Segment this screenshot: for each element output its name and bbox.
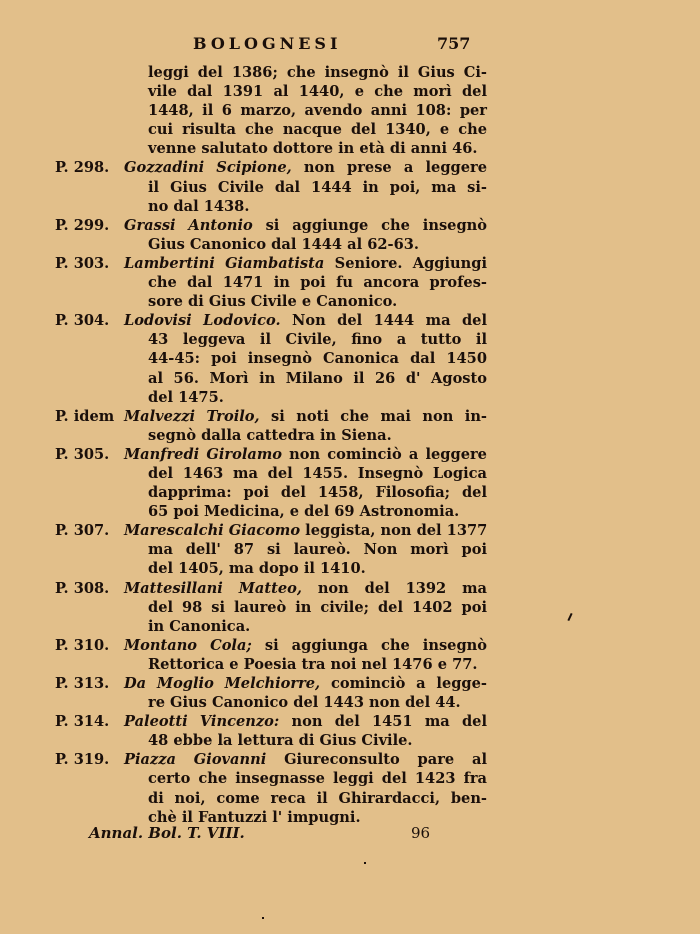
entry-name: Mattesillani Matteo, [124,580,302,597]
entry-first-line: Piazza Giovanni Giureconsulto pare al [124,750,487,769]
text-line: del 1463 ma del 1455. Insegnò Logica [148,464,487,483]
page-footer: Annal. Bol. T. VIII. 96 [0,824,700,846]
entry-first-text: Seniore. Aggiungi [335,255,487,272]
text-line: Gius Canonico dal 1444 al 62-63. [148,235,487,254]
entry-first-text: cominciò a legge- [331,675,487,692]
entry-page-ref: P. 299. [55,216,109,235]
entry-name: Manfredi Girolamo [124,446,282,463]
bibliographic-entry: P. 303.Lambertini Giambatista Seniore. A… [55,254,487,311]
entry-first-text: non cominciò a leggere [289,446,487,463]
bibliographic-entry: P. 314.Paleotti Vincenzo: non del 1451 m… [55,712,487,750]
entry-first-line: Manfredi Girolamo non cominciò a leggere [124,445,487,464]
entry-page-ref: P. 305. [55,445,109,464]
entry-first-text: non prese a leggere [304,159,487,176]
entry-page-ref: P. idem [55,407,114,426]
text-line: 1448, il 6 marzo, avendo anni 108: per [148,101,487,120]
entry-page-ref: P. 307. [55,521,109,540]
entry-name: Piazza Giovanni [124,751,266,768]
entry-page-ref: P. 310. [55,636,109,655]
entry-name: Lambertini Giambatista [124,255,324,272]
entry-name: Grassi Antonio [124,217,253,234]
continuation-paragraph: leggi del 1386; che insegnò il Gius Ci- … [55,63,487,158]
running-title: BOLOGNESI [193,34,341,53]
entry-first-text: si noti che mai non in- [271,408,487,425]
bibliographic-entry: P. 313.Da Moglio Melchiorre, cominciò a … [55,674,487,712]
entry-first-line: Marescalchi Giacomo leggista, non del 13… [124,521,487,540]
entry-name: Da Moglio Melchiorre, [124,675,320,692]
entry-page-ref: P. 314. [55,712,109,731]
page-header: BOLOGNESI 757 [0,34,700,56]
text-line: sore di Gius Civile e Canonico. [148,292,487,311]
bibliographic-entry: P. idemMalvezzi Troilo, si noti che mai … [55,407,487,445]
text-line: venne salutato dottore in età di anni 46… [148,139,487,158]
text-line: del 1405, ma dopo il 1410. [148,559,487,578]
entry-first-text: non del 1451 ma del [292,713,487,730]
entry-page-ref: P. 303. [55,254,109,273]
text-line: che dal 1471 in poi fu ancora profes- [148,273,487,292]
bibliographic-entry: P. 307.Marescalchi Giacomo leggista, non… [55,521,487,578]
text-line: 48 ebbe la lettura di Gius Civile. [148,731,487,750]
entry-first-line: Gozzadini Scipione, non prese a leggere [124,158,487,177]
entry-page-ref: P. 298. [55,158,109,177]
text-line: leggi del 1386; che insegnò il Gius Ci- [148,63,487,82]
entry-first-line: Grassi Antonio si aggiunge che insegnò [124,216,487,235]
entry-first-text: Non del 1444 ma del [292,312,487,329]
text-line: al 56. Morì in Milano il 26 d' Agosto [148,369,487,388]
text-line: cui risulta che nacque del 1340, e che [148,120,487,139]
bibliographic-entry: P. 310.Montano Cola; si aggiunga che ins… [55,636,487,674]
text-line: dapprima: poi del 1458, Filosofia; del [148,483,487,502]
text-line: 44-45: poi insegnò Canonica dal 1450 [148,349,487,368]
page-body: leggi del 1386; che insegnò il Gius Ci- … [55,63,487,827]
text-line: vile dal 1391 al 1440, e che morì del [148,82,487,101]
entry-first-text: non del 1392 ma [318,580,487,597]
entry-first-line: Paleotti Vincenzo: non del 1451 ma del [124,712,487,731]
entry-first-line: Mattesillani Matteo, non del 1392 ma [124,579,487,598]
entry-page-ref: P. 313. [55,674,109,693]
bibliographic-entry: P. 299.Grassi Antonio si aggiunge che in… [55,216,487,254]
stray-dot [364,862,366,864]
entry-first-line: Lodovisi Lodovico. Non del 1444 ma del [124,311,487,330]
entry-first-text: Giureconsulto pare al [284,751,487,768]
stray-ink-mark [567,613,572,621]
text-line: certo che insegnasse leggi del 1423 fra [148,769,487,788]
entry-name: Marescalchi Giacomo [124,522,300,539]
entry-page-ref: P. 304. [55,311,109,330]
bibliographic-entry: P. 305.Manfredi Girolamo non cominciò a … [55,445,487,521]
entry-first-text: si aggiunge che insegnò [266,217,487,234]
text-line: di noi, come reca il Ghirardacci, ben- [148,789,487,808]
text-line: del 98 si laureò in civile; del 1402 poi [148,598,487,617]
entries-list: P. 298.Gozzadini Scipione, non prese a l… [55,158,487,826]
page-number: 757 [437,34,470,53]
entry-first-text: leggista, non del 1377 [305,522,487,539]
entry-first-line: Malvezzi Troilo, si noti che mai non in- [124,407,487,426]
text-line: re Gius Canonico del 1443 non del 44. [148,693,487,712]
entry-name: Lodovisi Lodovico. [124,312,281,329]
text-line: Rettorica e Poesia tra noi nel 1476 e 77… [148,655,487,674]
text-line: in Canonica. [148,617,487,636]
entry-page-ref: P. 308. [55,579,109,598]
entry-name: Paleotti Vincenzo: [124,713,279,730]
text-line: ma dell' 87 si laureò. Non morì poi [148,540,487,559]
entry-name: Malvezzi Troilo, [124,408,260,425]
signature-mark: Annal. Bol. T. VIII. [89,824,245,842]
entry-first-text: si aggiunga che insegnò [265,637,487,654]
bibliographic-entry: P. 298.Gozzadini Scipione, non prese a l… [55,158,487,215]
entry-page-ref: P. 319. [55,750,109,769]
bibliographic-entry: P. 308.Mattesillani Matteo, non del 1392… [55,579,487,636]
text-line: no dal 1438. [148,197,487,216]
entry-first-line: Da Moglio Melchiorre, cominciò a legge- [124,674,487,693]
bibliographic-entry: P. 304.Lodovisi Lodovico. Non del 1444 m… [55,311,487,406]
signature-number: 96 [411,824,430,842]
entry-first-line: Montano Cola; si aggiunga che insegnò [124,636,487,655]
stray-dot [262,917,264,919]
text-line: 65 poi Medicina, e del 69 Astronomia. [148,502,487,521]
text-line: il Gius Civile dal 1444 in poi, ma si- [148,178,487,197]
bibliographic-entry: P. 319.Piazza Giovanni Giureconsulto par… [55,750,487,826]
text-line: del 1475. [148,388,487,407]
entry-name: Gozzadini Scipione, [124,159,292,176]
text-line: segnò dalla cattedra in Siena. [148,426,487,445]
entry-first-line: Lambertini Giambatista Seniore. Aggiungi [124,254,487,273]
entry-name: Montano Cola; [124,637,252,654]
text-line: 43 leggeva il Civile, fino a tutto il [148,330,487,349]
